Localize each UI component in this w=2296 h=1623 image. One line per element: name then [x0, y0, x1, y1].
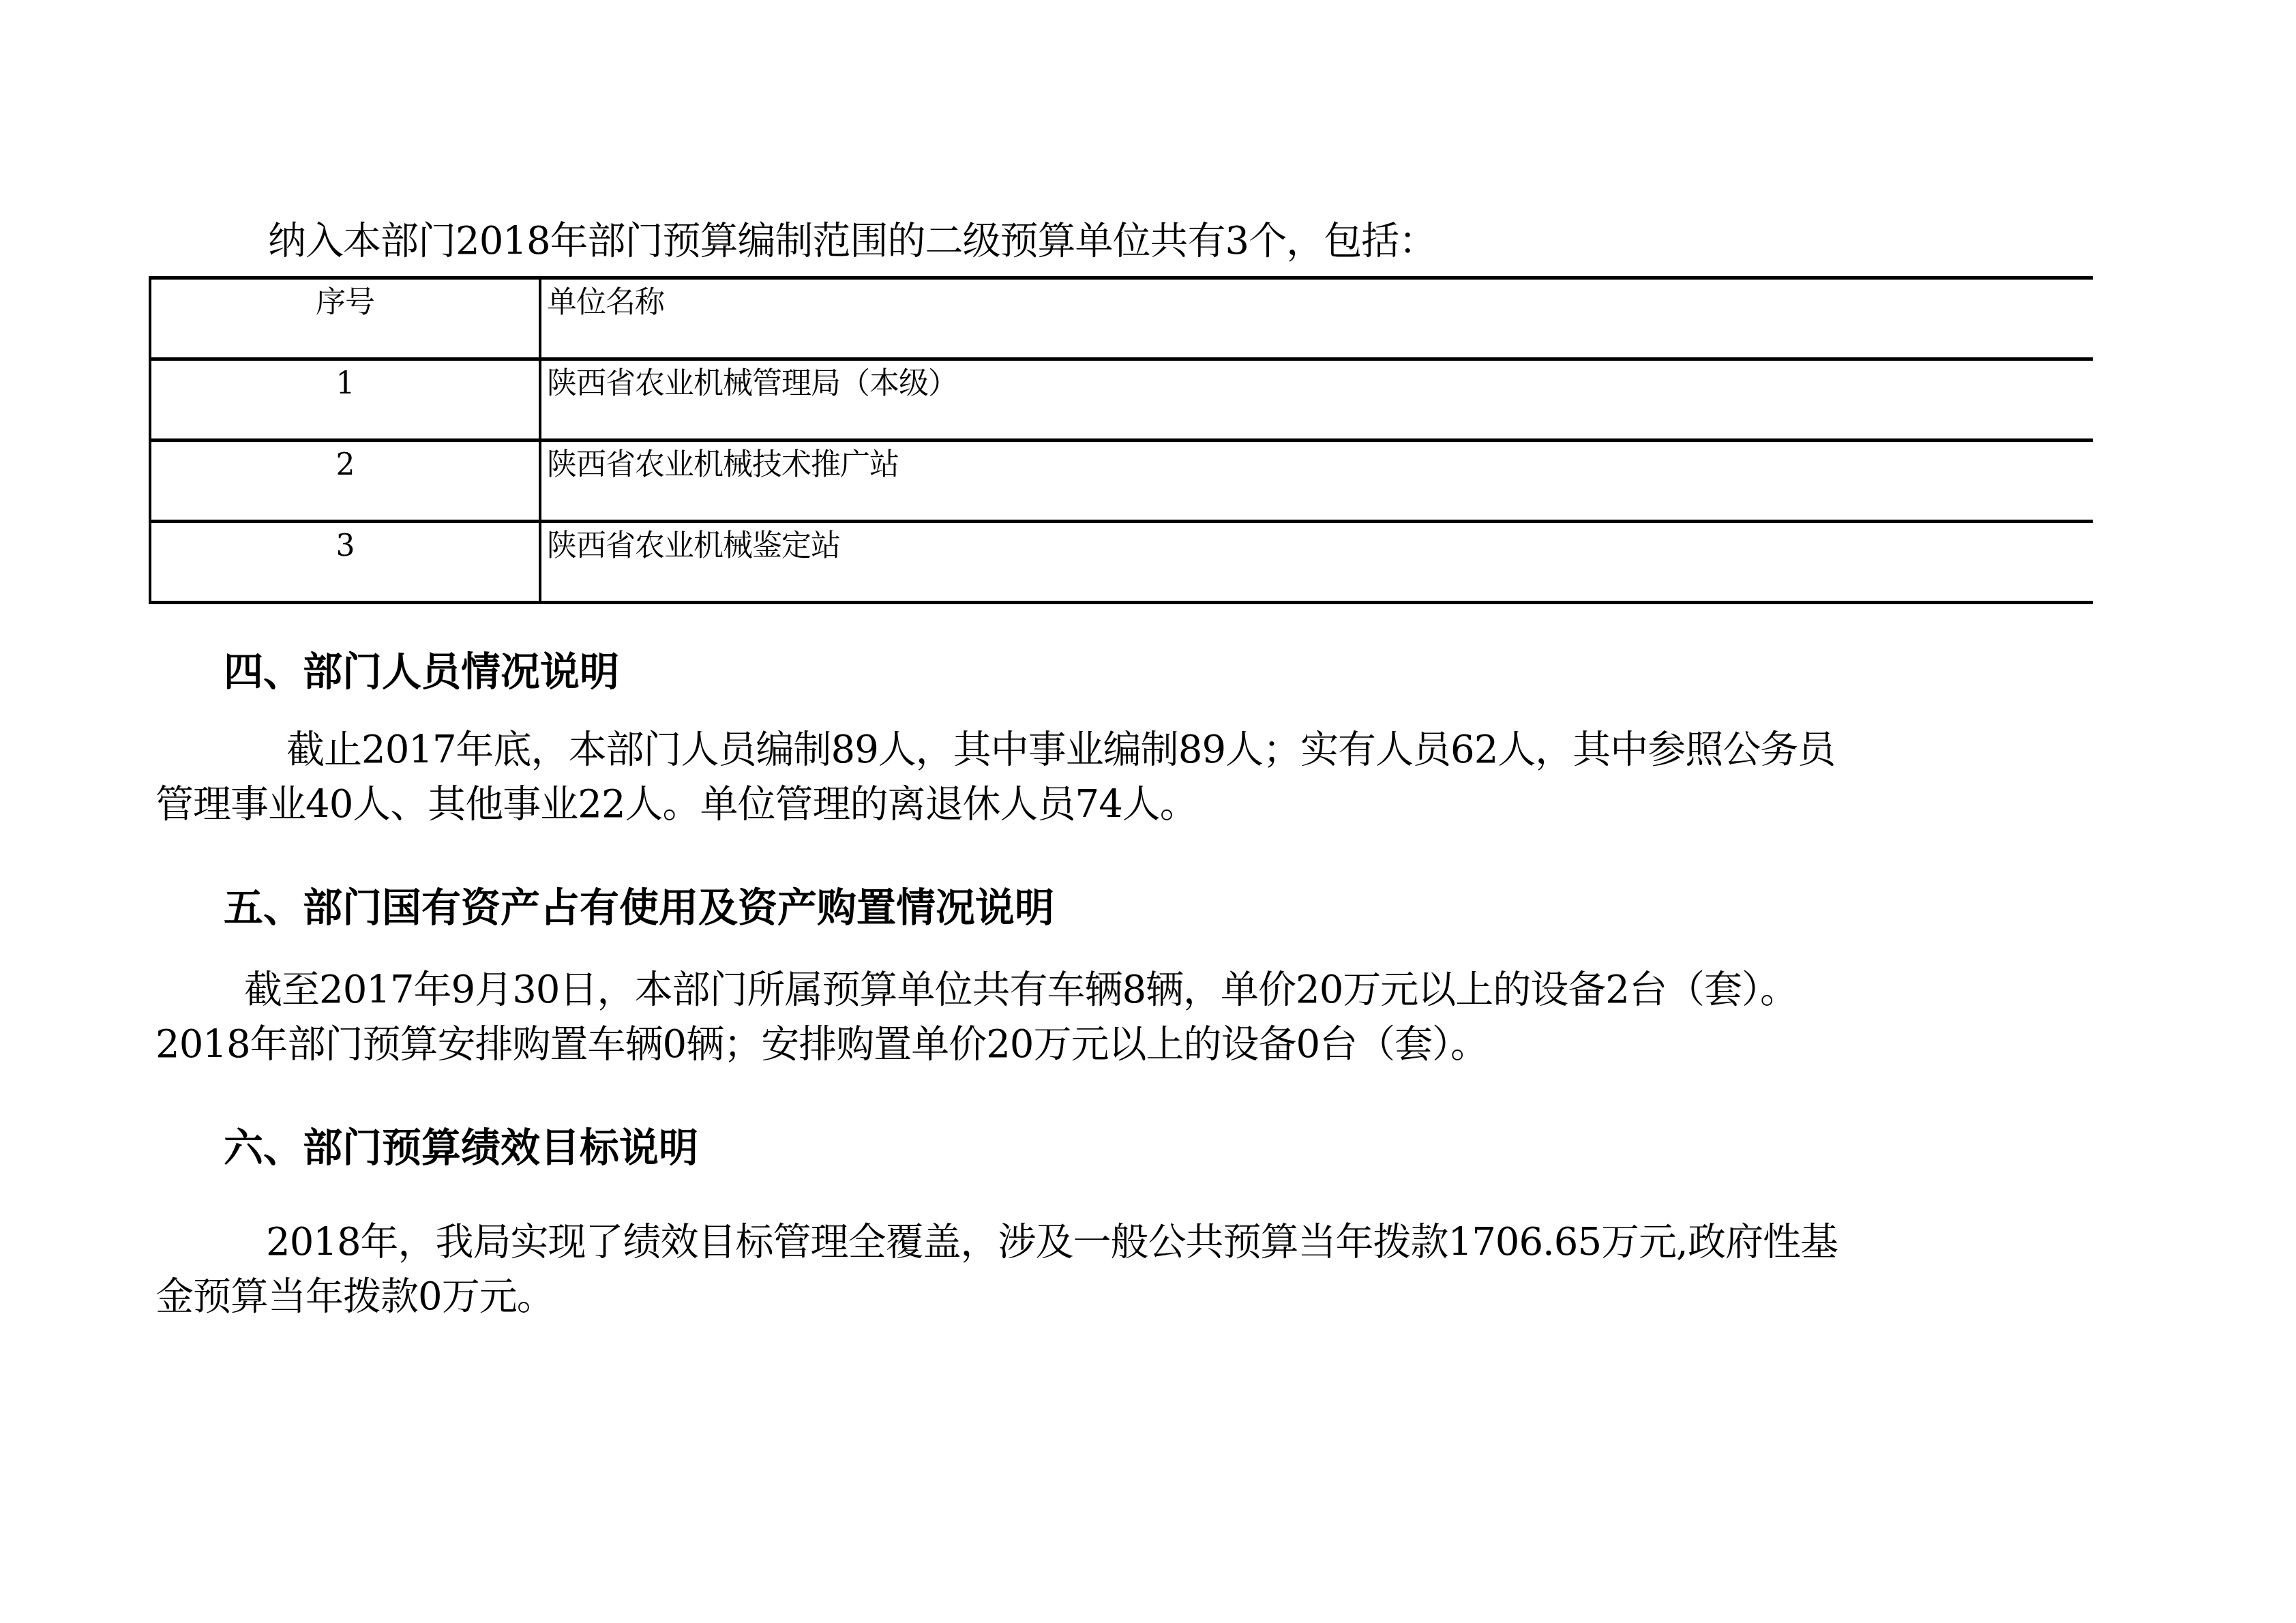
- section-assets-line-2: 2018年部门预算安排购置车辆0辆；安排购置单价20万元以上的设备0台（套）。: [155, 1023, 1488, 1067]
- header-index: 序号: [150, 278, 540, 359]
- section-heading-assets: 五、部门国有资产占有使用及资产购置情况说明: [224, 885, 1054, 930]
- section-heading-personnel: 四、部门人员情况说明: [224, 649, 619, 694]
- table-row: 1 陕西省农业机械管理局（本级）: [150, 359, 2093, 441]
- row-unit-name: 陕西省农业机械鉴定站: [540, 522, 2093, 603]
- row-unit-name: 陕西省农业机械技术推广站: [540, 441, 2093, 522]
- row-index: 1: [150, 359, 540, 441]
- table-row: 3 陕西省农业机械鉴定站: [150, 522, 2093, 603]
- header-name: 单位名称: [540, 278, 2093, 359]
- table-row: 2 陕西省农业机械技术推广站: [150, 441, 2093, 522]
- section-personnel-line-1: 截止2017年底，本部门人员编制89人，其中事业编制89人；实有人员62人，其中…: [286, 728, 1835, 772]
- section-personnel-line-2: 管理事业40人、其他事业22人。单位管理的离退休人员74人。: [155, 783, 1197, 827]
- section-heading-performance: 六、部门预算绩效目标说明: [224, 1125, 698, 1170]
- intro-text: 纳入本部门2018年部门预算编制范围的二级预算单位共有3个，包括：: [268, 220, 1436, 263]
- section-performance-line-2: 金预算当年拨款0万元。: [155, 1275, 554, 1319]
- section-assets-line-1: 截至2017年9月30日，本部门所属预算单位共有车辆8辆，单价20万元以上的设备…: [244, 968, 1798, 1012]
- row-index: 2: [150, 441, 540, 522]
- table-header-row: 序号 单位名称: [150, 278, 2093, 359]
- row-index: 3: [150, 522, 540, 603]
- section-performance-line-1: 2018年，我局实现了绩效目标管理全覆盖，涉及一般公共预算当年拨款1706.65…: [266, 1221, 1838, 1264]
- row-unit-name: 陕西省农业机械管理局（本级）: [540, 359, 2093, 441]
- budget-units-table: 序号 单位名称 1 陕西省农业机械管理局（本级） 2 陕西省农业机械技术推广站 …: [149, 276, 2093, 604]
